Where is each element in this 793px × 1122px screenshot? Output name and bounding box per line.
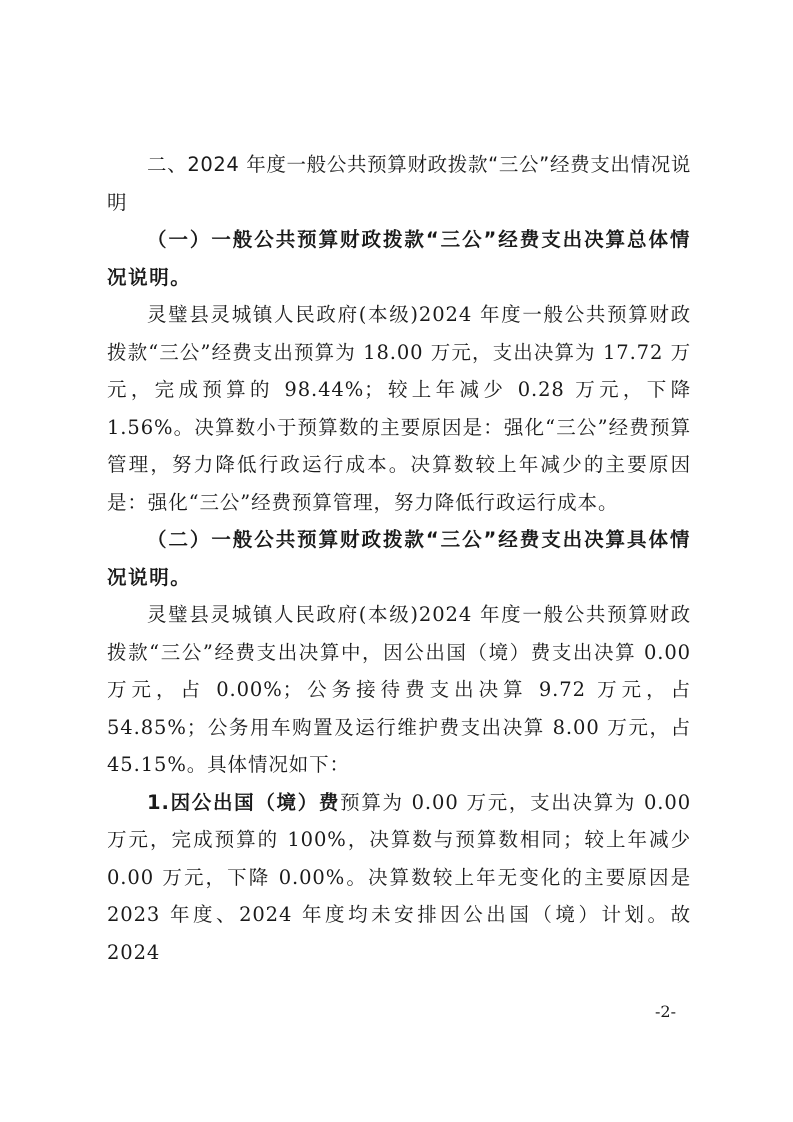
subsection-1-heading: （一）一般公共预算财政拨款“三公”经费支出决算总体情况说明。 xyxy=(107,221,691,296)
item-1-label: 1.因公出国（境）费 xyxy=(147,791,340,814)
item-1-paragraph: 1.因公出国（境）费预算为 0.00 万元，支出决算为 0.00 万元，完成预算… xyxy=(107,784,691,972)
section-heading: 二、2024 年度一般公共预算财政拨款“三公”经费支出情况说明 xyxy=(107,146,691,221)
item-1-text: 预算为 0.00 万元，支出决算为 0.00 万元，完成预算的 100%，决算数… xyxy=(107,791,691,964)
document-page: 二、2024 年度一般公共预算财政拨款“三公”经费支出情况说明 （一）一般公共预… xyxy=(0,0,793,1122)
page-number: -2- xyxy=(655,1002,676,1021)
subsection-1-paragraph: 灵璧县灵城镇人民政府(本级)2024 年度一般公共预算财政拨款“三公”经费支出预… xyxy=(107,296,691,521)
subsection-2-heading: （二）一般公共预算财政拨款“三公”经费支出决算具体情况说明。 xyxy=(107,521,691,596)
document-body: 二、2024 年度一般公共预算财政拨款“三公”经费支出情况说明 （一）一般公共预… xyxy=(107,146,691,971)
subsection-2-paragraph: 灵璧县灵城镇人民政府(本级)2024 年度一般公共预算财政拨款“三公”经费支出决… xyxy=(107,596,691,784)
